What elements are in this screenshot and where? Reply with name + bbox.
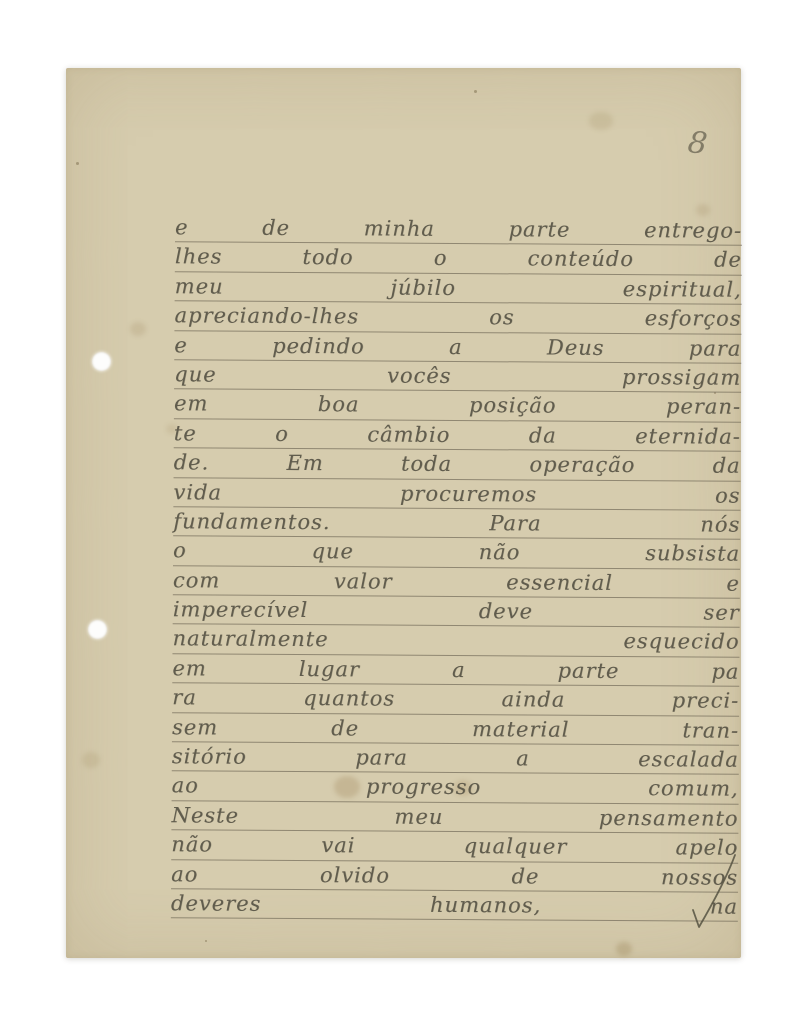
handwriting-line: naturalmente esquecido: [172, 625, 739, 658]
handwriting-line: fundamentos. Para nós: [173, 507, 740, 540]
handwriting-line: ao olvido de nossos: [171, 860, 738, 893]
handwriting-block: e de minha parte entrego- lhes todo o co…: [171, 213, 742, 922]
handwriting-line: com valor essencial e: [173, 566, 740, 599]
handwriting-line: o que não subsista: [173, 537, 740, 570]
handwriting-line: e pedindo a Deus para: [174, 331, 741, 364]
handwriting-line: vida procuremos os: [173, 478, 740, 511]
paper-stain: [616, 942, 632, 956]
handwriting-line: lhes todo o conteúdo de: [175, 243, 742, 276]
paper-stain: [130, 322, 146, 336]
handwriting-line: deveres humanos, na: [171, 889, 738, 922]
handwriting-line: sem de material tran-: [172, 713, 739, 746]
handwriting-line: não vai qualquer apelo: [171, 830, 738, 863]
handwriting-line: em lugar a parte pa: [172, 654, 739, 687]
punch-hole-bottom: [88, 620, 107, 639]
handwriting-line: ao progresso comum,: [172, 772, 739, 805]
manuscript-page: 8 e de minha parte entrego- lhes todo o …: [66, 68, 741, 958]
paper-speck: [474, 90, 477, 93]
handwriting-line: que vocês prossigam: [174, 360, 741, 393]
paper-stain: [589, 112, 613, 130]
handwriting-line: meu júbilo espiritual,: [175, 272, 742, 305]
paper-speck: [76, 162, 79, 165]
handwriting-line: apreciando-lhes os esforços: [174, 301, 741, 334]
handwriting-line: Neste meu pensamento: [171, 801, 738, 834]
handwriting-line: e de minha parte entrego-: [175, 213, 742, 246]
handwriting-line: de. Em toda operação da: [174, 448, 741, 481]
handwriting-line: ra quantos ainda preci-: [172, 684, 739, 717]
punch-hole-top: [92, 352, 111, 371]
handwriting-line: em boa posição peran-: [174, 390, 741, 423]
page-number: 8: [686, 125, 709, 162]
paper-stain: [82, 752, 100, 768]
pen-stroke-checkmark: [676, 851, 746, 941]
handwriting-line: sitório para a escalada: [172, 742, 739, 775]
scan-backdrop: 8 e de minha parte entrego- lhes todo o …: [0, 0, 807, 1024]
handwriting-line: te o câmbio da eternida-: [174, 419, 741, 452]
paper-stain: [696, 204, 710, 216]
paper-speck: [205, 940, 207, 942]
handwriting-line: imperecível deve ser: [173, 595, 740, 628]
